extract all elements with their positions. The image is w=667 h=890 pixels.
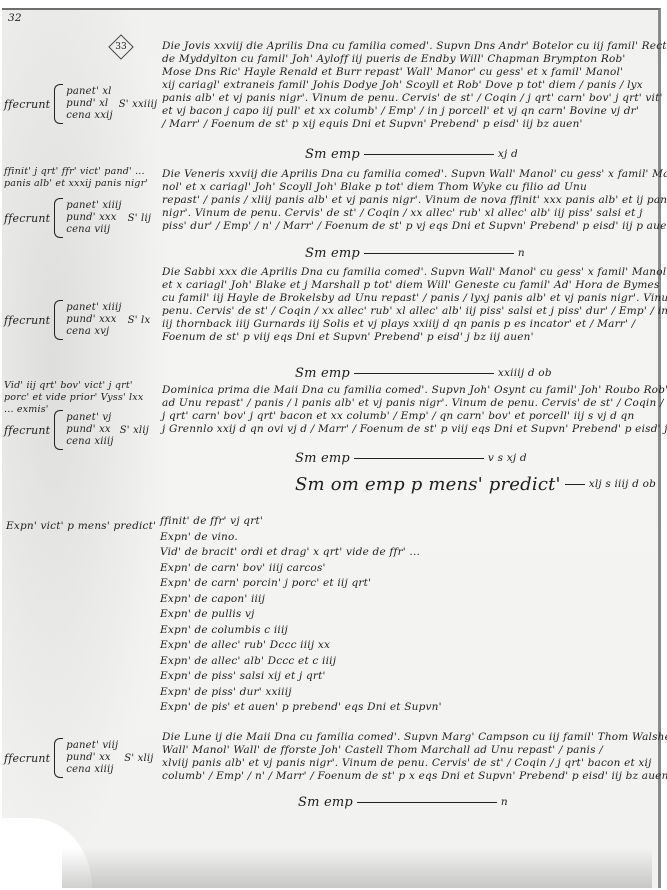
brace [54, 84, 63, 124]
account-entry-2: Die Veneris xxviij die Aprilis Dna cu fa… [162, 168, 652, 233]
entry-line: Wall' Manol' Wall' de fforste Joh' Caste… [162, 744, 652, 757]
bracket-item: pund' xl [66, 98, 112, 110]
bracket-item: cena xxij [66, 110, 112, 122]
account-entry-3: Die Sabbi xxx die Aprilis Dna cu familia… [162, 266, 652, 344]
entry-line: Dominica prima die Maii Dna cu familia c… [162, 384, 652, 397]
entry-line: cu famil' iij Hayle de Brokelsby ad Unu … [162, 292, 652, 305]
entry-line: xlviij panis alb' et vj panis nigr'. Vin… [162, 757, 652, 770]
bracket-note-4: ffecrunt panet' vj pund' xx cena xiiij S… [4, 410, 149, 450]
entry-line: et vj bacon j capo iij pull' et xx colum… [162, 105, 652, 118]
bracket-note-2: ffecrunt panet' xiiij pund' xxx cena vii… [4, 198, 151, 238]
entry-line: piss' dur' / Emp' / n' / Marr' / Foenum … [162, 220, 652, 233]
list-item: Expn' de pis' et auen' p prebend' eqs Dn… [160, 700, 442, 716]
entry-line: Die Veneris xxviij die Aprilis Dna cu fa… [162, 168, 652, 181]
entry-line: / Marr' / Foenum de st' p xij equis Dni … [162, 118, 652, 131]
list-item: Expn' de allec' rub' Dccc iiij xx [160, 638, 442, 654]
account-entry-4: Dominica prima die Maii Dna cu familia c… [162, 384, 652, 436]
entry-line: Foenum de st' p viij eqs Dni et Supvn' P… [162, 331, 652, 344]
torn-corner [2, 818, 92, 888]
expenditure-header: Expn' vict' p mens' predict' [6, 520, 156, 533]
entry-line: Die Lune ij die Maii Dna cu familia come… [162, 731, 652, 744]
entry-line: de Myddylton cu famil' Joh' Ayloff iij p… [162, 53, 652, 66]
list-item: Expn' de vino. [160, 530, 442, 546]
entry-line: j qrt' carn' bov' j qrt' bacon et xx col… [162, 410, 652, 423]
list-item: Expn' de pullis vj [160, 607, 442, 623]
bracket-note-3: ffecrunt panet' xiiij pund' xxx cena xvj… [4, 300, 150, 340]
summa-2: Sm emp n [305, 247, 525, 260]
entry-line: xij cariagl' extraneis famil' Johis Dody… [162, 79, 652, 92]
list-item: Vid' de bracit' ordi et drag' x qrt' vid… [160, 545, 442, 561]
entry-line: et x cariagl' Joh' Blake et j Marshall p… [162, 279, 652, 292]
expenditure-list: ffinit' de ffr' vj qrt' Expn' de vino. V… [160, 514, 442, 716]
summa-4: Sm emp v s xj d [295, 452, 527, 465]
bracket-label: ffecrunt [4, 98, 50, 111]
bracket-item: panet' xl [66, 86, 112, 98]
bracket-total: S' xxiiij [119, 98, 158, 111]
margin-note-2: ffinit' j qrt' ffr' vict' pand' ... pani… [4, 166, 154, 190]
entry-line: Die Sabbi xxx die Aprilis Dna cu familia… [162, 266, 652, 279]
list-item: ffinit' de ffr' vj qrt' [160, 514, 442, 530]
entry-line: penu. Cervis' de st' / Coqin / xx allec'… [162, 305, 652, 318]
entry-line: Mose Dns Ric' Hayle Renald et Burr repas… [162, 66, 652, 79]
list-item: Expn' de piss' salsi xij et j qrt' [160, 669, 442, 685]
entry-line: Die Jovis xxviij die Aprilis Dna cu fami… [162, 40, 652, 53]
summa-3: Sm emp xxiiij d ob [295, 367, 552, 380]
account-entry-5: Die Lune ij die Maii Dna cu familia come… [162, 731, 652, 783]
grand-summa: Sm om emp p mens' predict' xlj s iiij d … [295, 478, 656, 491]
folio-number: 32 [8, 12, 22, 25]
summa-1: Sm emp xj d [305, 148, 518, 161]
entry-line: iij thornback iiij Gurnards iij Solis et… [162, 318, 652, 331]
list-item: Expn' de allec' alb' Dccc et c iiij [160, 654, 442, 670]
entry-line: repast' / panis / xliij panis alb' et vj… [162, 194, 652, 207]
entry-line: columb' / Emp' / n' / Marr' / Foenum de … [162, 770, 652, 783]
bracket-note-1: ffecrunt panet' xl pund' xl cena xxij S'… [4, 84, 157, 124]
entry-line: ad Unu repast' / panis / l panis alb' et… [162, 397, 652, 410]
account-entry-1: Die Jovis xxviij die Aprilis Dna cu fami… [162, 40, 652, 131]
entry-line: nigr'. Vinum de penu. Cervis' de st' / C… [162, 207, 652, 220]
bracket-note-5: ffecrunt panet' viij pund' xx cena xiiij… [4, 738, 154, 778]
list-item: Expn' de capon' iiij [160, 592, 442, 608]
list-item: Expn' de piss' dur' xxiiij [160, 685, 442, 701]
entry-line: nol' et x cariagl' Joh' Scoyll Joh' Blak… [162, 181, 652, 194]
list-item: Expn' de columbis c iiij [160, 623, 442, 639]
summa-5: Sm emp n [298, 796, 508, 809]
list-item: Expn' de carn' porcin' j porc' et iij qr… [160, 576, 442, 592]
list-item: Expn' de carn' bov' iiij carcos' [160, 561, 442, 577]
entry-line: j Grennlo xxij d qn ovi vj d / Marr' / F… [162, 423, 652, 436]
entry-line: panis alb' et vj panis nigr'. Vinum de p… [162, 92, 652, 105]
